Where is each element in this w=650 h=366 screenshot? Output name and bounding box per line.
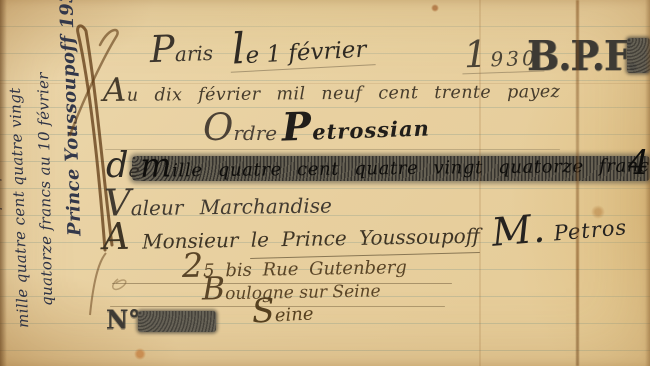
value-received-line: Valeur Marchandise: [104, 193, 332, 220]
address-line-2: Boulogne sur Seine: [202, 281, 381, 304]
signature-flourish-strokes: [30, 15, 150, 265]
department: Seine: [251, 303, 313, 327]
ruling-under-order: [105, 149, 560, 150]
amount-prefix: de: [106, 160, 140, 182]
right-edge-shadow: [645, 0, 650, 366]
horizontal-crease: [0, 83, 650, 84]
date: le 1 février: [229, 36, 375, 73]
city: Paris: [150, 41, 214, 67]
number-stamp-icon: [138, 311, 216, 332]
faint-fold-crease: [479, 0, 481, 366]
promissory-note-document: Accepté pour la somme de mille quatre ce…: [0, 0, 650, 366]
maturity-line: Au dix février mil neuf cent trente paye…: [103, 82, 560, 106]
bpf-label: B.P.F.: [527, 31, 638, 80]
number-label: N°: [106, 304, 140, 335]
order-label: Ordre: [203, 121, 277, 145]
vertical-fold-crease: [576, 0, 579, 366]
acceptance-line-2: mille quatre cent quatre vingt: [6, 87, 32, 328]
left-torn-edge: [0, 0, 7, 366]
drawee-line: A Monsieur le Prince Youssoupoff: [103, 224, 480, 255]
order-name: Petrossian: [282, 115, 431, 145]
drawer-signature: M. Petros: [491, 215, 628, 251]
